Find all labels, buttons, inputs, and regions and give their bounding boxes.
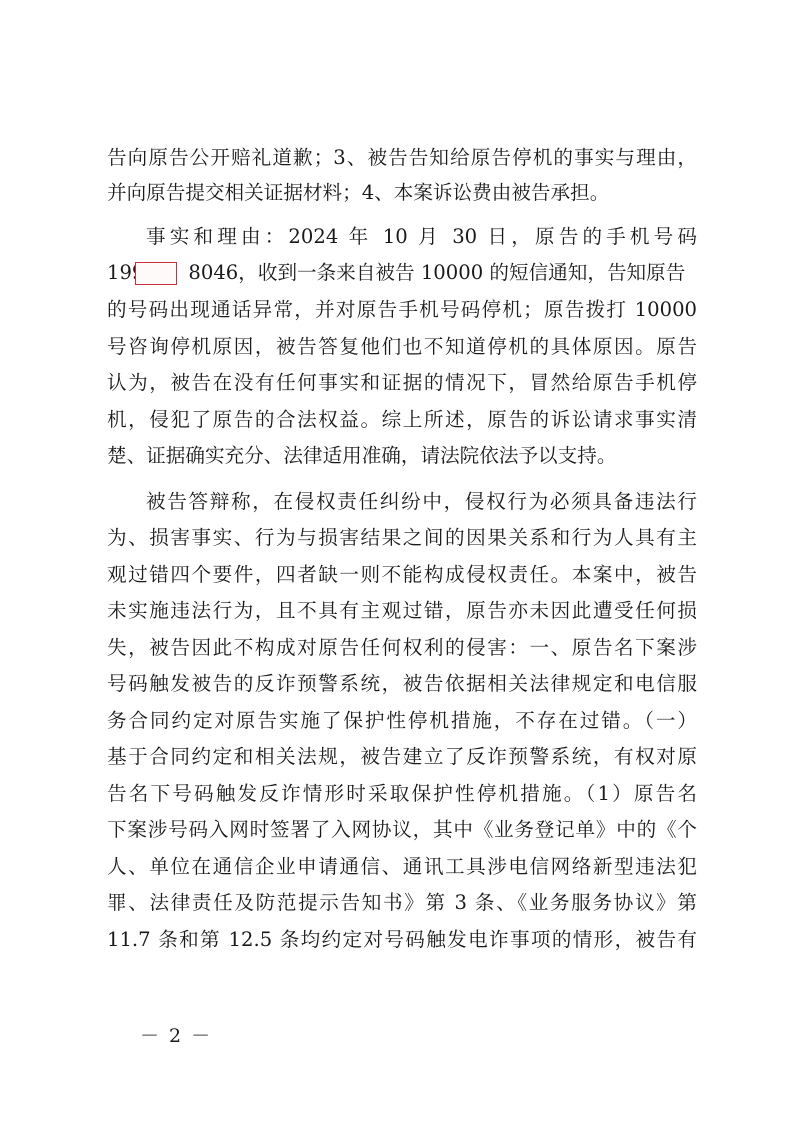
text-line: 未实施违法行为，且不具有主观过错，原告亦未因此遭受任何损 (107, 596, 697, 626)
text-line: 的号码出现通话异常，并对原告手机号码停机；原告拨打 10000 (107, 295, 697, 325)
text-line: 失，被告因此不构成对原告任何权利的侵害：一、原告名下案涉 (107, 633, 697, 663)
text-line: 告名下号码触发反诈情形时采取保护性停机措施。（1）原告名 (107, 779, 697, 809)
page-number: － 2 － (140, 1022, 212, 1050)
document-page: 告向原告公开赔礼道歉；3、被告告知给原告停机的事实与理由， 并向原告提交相关证据… (0, 0, 800, 1132)
text-line: 认为，被告在没有任何事实和证据的情况下，冒然给原告手机停 (107, 368, 697, 398)
text-line: 为、损害事实、行为与损害结果之间的因果关系和行为人具有主 (107, 523, 697, 553)
phone-suffix-text: 8046，收到一条来自被告 10000 的短信通知，告知原告 (188, 261, 685, 284)
text-line: 并向原告提交相关证据材料；4、本案诉讼费由被告承担。 (107, 178, 697, 208)
text-line: 楚、证据确实充分、法律适用准确，请法院依法予以支持。 (107, 441, 697, 471)
paragraph-start-defense: 被告答辩称，在侵权责任纠纷中，侵权行为必须具备违法行 (146, 487, 697, 517)
text-line: 告向原告公开赔礼道歉；3、被告告知给原告停机的事实与理由， (107, 143, 697, 173)
phone-number-line: 1998046，收到一条来自被告 10000 的短信通知，告知原告 (107, 258, 697, 288)
redaction-box (135, 262, 177, 285)
text-line: 号码触发被告的反诈预警系统，被告依据相关法律规定和电信服 (107, 669, 697, 699)
text-line: 人、单位在通信企业申请通信、通讯工具涉电信网络新型违法犯 (107, 852, 697, 882)
text-line: 下案涉号码入网时签署了入网协议，其中《业务登记单》中的《个 (107, 815, 697, 845)
text-line: 观过错四个要件，四者缺一则不能构成侵权责任。本案中，被告 (107, 560, 697, 590)
text-line: 机，侵犯了原告的合法权益。综上所述，原告的诉讼请求事实清 (107, 405, 697, 435)
text-line: 罪、法律责任及防范提示告知书》第 3 条、《业务服务协议》第 (107, 888, 697, 918)
text-line: 11.7 条和第 12.5 条均约定对号码触发电诈事项的情形，被告有 (107, 925, 697, 955)
paragraph-start-facts: 事实和理由：2024 年 10 月 30 日，原告的手机号码 (146, 222, 697, 252)
text-line: 基于合同约定和相关法规，被告建立了反诈预警系统，有权对原 (107, 742, 697, 772)
text-line: 号咨询停机原因，被告答复他们也不知道停机的具体原因。原告 (107, 332, 697, 362)
text-line: 务合同约定对原告实施了保护性停机措施，不存在过错。（一） (107, 706, 697, 736)
